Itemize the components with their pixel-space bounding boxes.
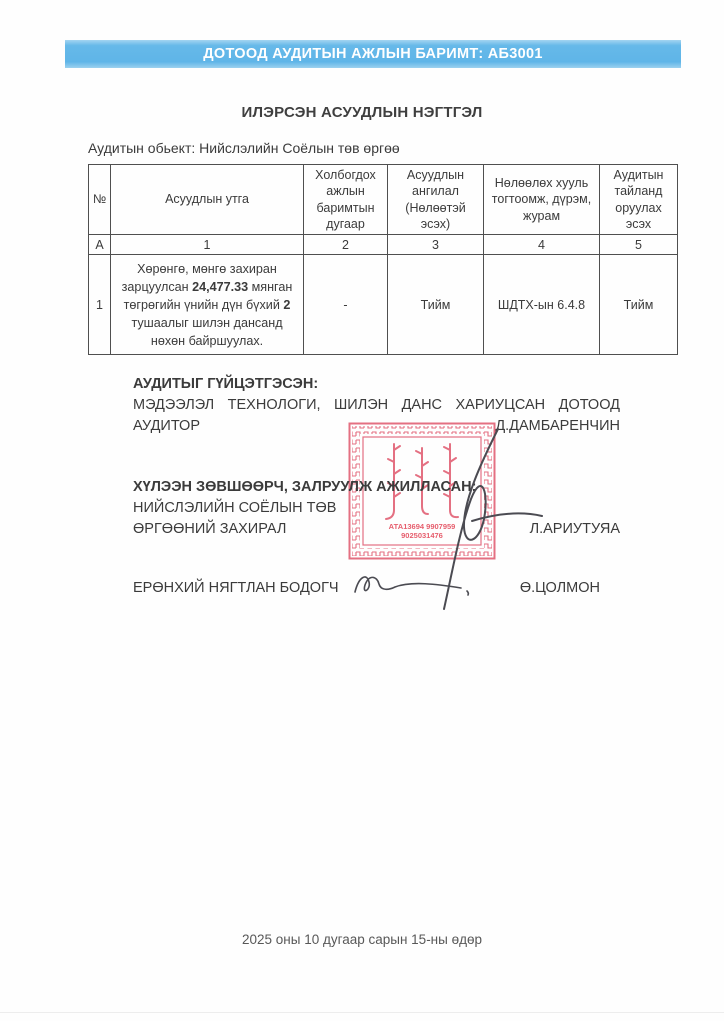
accepted-role-line2: ӨРГӨӨНИЙ ЗАХИРАЛ — [133, 519, 286, 540]
cell-law: ШДТХ-ын 6.4.8 — [484, 255, 600, 355]
index-cell-1: 1 — [111, 235, 304, 255]
performed-role-line2: АУДИТОР — [133, 416, 200, 437]
performed-role-line1: МЭДЭЭЛЭЛ ТЕХНОЛОГИ, ШИЛЭН ДАНС ХАРИУЦСАН… — [133, 395, 620, 416]
col-header-include: Аудитын тайланд оруулах эсэх — [600, 165, 678, 235]
col-header-no: № — [89, 165, 111, 235]
document-page: ДОТООД АУДИТЫН АЖЛЫН БАРИМТ: АБ3001 ИЛЭР… — [0, 0, 724, 1021]
cell-row-no: 1 — [89, 255, 111, 355]
cell-issue-text: Хөрөнгө, мөнгө захиран зарцуулсан 24,477… — [111, 255, 304, 355]
cell-doc-number: - — [304, 255, 388, 355]
col-header-law: Нөлөөлөх хууль тогтоомж, дүрэм, журам — [484, 165, 600, 235]
cell-category: Тийм — [388, 255, 484, 355]
table-index-row: А 1 2 3 4 5 — [89, 235, 678, 255]
issue-text-part3: тушаалыг шилэн дансанд нөхөн байршуулах. — [131, 316, 282, 348]
index-cell-5: 5 — [600, 235, 678, 255]
index-cell-3: 3 — [388, 235, 484, 255]
col-header-issue: Асуудлын утга — [111, 165, 304, 235]
cell-include: Тийм — [600, 255, 678, 355]
index-cell-4: 4 — [484, 235, 600, 255]
scan-artifact-line — [0, 1012, 724, 1013]
table-row: 1 Хөрөнгө, мөнгө захиран зарцуулсан 24,4… — [89, 255, 678, 355]
table-header-row: № Асуудлын утга Холбогдох ажлын баримтын… — [89, 165, 678, 235]
document-header-bar: ДОТООД АУДИТЫН АЖЛЫН БАРИМТ: АБ3001 — [65, 40, 681, 68]
col-header-doc-number: Холбогдох ажлын баримтын дугаар — [304, 165, 388, 235]
date-line: 2025 оны 10 дугаар сарын 15-ны өдөр — [0, 932, 724, 947]
index-cell-2: 2 — [304, 235, 388, 255]
document-title: ИЛЭРСЭН АСУУДЛЫН НЭГТГЭЛ — [0, 104, 724, 121]
audit-object-line: Аудитын обьект: Нийслэлийн Соёлын төв өр… — [88, 140, 400, 156]
director-signature — [400, 423, 550, 618]
issue-amount: 24,477.33 — [192, 280, 248, 294]
col-header-category: Асуудлын ангилал (Нөлөөтэй эсэх) — [388, 165, 484, 235]
performed-heading: АУДИТЫГ ГҮЙЦЭТГЭСЭН: — [133, 374, 620, 395]
issue-count: 2 — [283, 298, 290, 312]
issues-table: № Асуудлын утга Холбогдох ажлын баримтын… — [88, 164, 678, 355]
accountant-role: ЕРӨНХИЙ НЯГТЛАН БОДОГЧ — [133, 578, 339, 599]
index-cell-a: А — [89, 235, 111, 255]
